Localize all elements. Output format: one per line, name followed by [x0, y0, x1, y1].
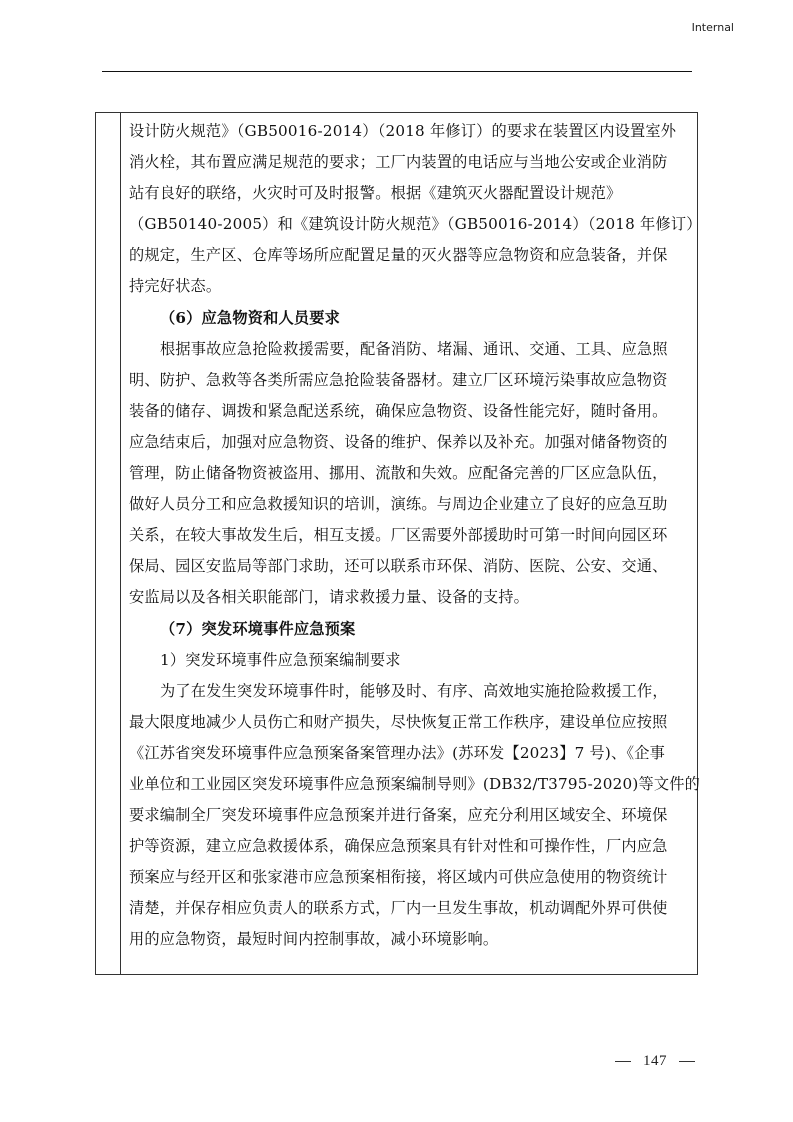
text-line: 装备的储存、调拨和紧急配送系统，确保应急物资、设备性能完好，随时备用。: [129, 396, 689, 427]
text-line: 持完好状态。: [129, 271, 689, 302]
text-line: 清楚，并保存相应负责人的联系方式，厂内一旦发生事故，机动调配外界可供使: [129, 893, 689, 924]
text-line: 明、防护、急救等各类所需应急抢险装备器材。建立厂区环境污染事故应急物资: [129, 365, 689, 396]
footer-dash-right: [679, 1061, 695, 1062]
section-heading-7: （7）突发环境事件应急预案: [129, 614, 689, 645]
content-table: 设计防火规范》（GB50016-2014）（2018 年修订）的要求在装置区内设…: [95, 112, 698, 975]
text-line: 做好人员分工和应急救援知识的培训，演练。与周边企业建立了良好的应急互助: [129, 489, 689, 520]
table-left-column: [96, 113, 121, 974]
text-line: 管理，防止储备物资被盗用、挪用、流散和失效。应配备完善的厂区应急队伍，: [129, 458, 689, 489]
text-line: 业单位和工业园区突发环境事件应急预案编制导则》(DB32/T3795-2020)…: [129, 769, 689, 800]
text-line: 最大限度地减少人员伤亡和财产损失，尽快恢复正常工作秩序，建设单位应按照: [129, 707, 689, 738]
text-line: 《江苏省突发环境事件应急预案备案管理办法》(苏环发【2023】7 号)、《企事: [129, 738, 689, 769]
table-content-cell: 设计防火规范》（GB50016-2014）（2018 年修订）的要求在装置区内设…: [129, 116, 689, 956]
text-line: 护等资源，建立应急救援体系，确保应急预案具有针对性和可操作性，厂内应急: [129, 831, 689, 862]
text-line: 应急结束后，加强对应急物资、设备的维护、保养以及补充。加强对储备物资的: [129, 427, 689, 458]
classification-label: Internal: [692, 21, 734, 34]
subsection-heading-1: 1）突发环境事件应急预案编制要求: [129, 645, 689, 676]
footer-dash-left: [615, 1061, 631, 1062]
text-line: 关系，在较大事故发生后，相互支援。厂区需要外部援助时可第一时间向园区环: [129, 520, 689, 551]
text-line: 用的应急物资，最短时间内控制事故，减小环境影响。: [129, 924, 689, 955]
section-heading-6: （6）应急物资和人员要求: [129, 303, 689, 334]
header-rule: [102, 71, 692, 72]
text-line: 保局、园区安监局等部门求助，还可以联系市环保、消防、医院、公安、交通、: [129, 551, 689, 582]
page-footer: 147: [603, 1053, 707, 1070]
text-line: 要求编制全厂突发环境事件应急预案并进行备案，应充分利用区域安全、环境保: [129, 800, 689, 831]
text-line: 设计防火规范》（GB50016-2014）（2018 年修订）的要求在装置区内设…: [129, 116, 689, 147]
text-line: 的规定，生产区、仓库等场所应配置足量的灭火器等应急物资和应急装备，并保: [129, 240, 689, 271]
text-line: 消火栓，其布置应满足规范的要求；工厂内装置的电话应与当地公安或企业消防: [129, 147, 689, 178]
text-line: （GB50140-2005）和《建筑设计防火规范》（GB50016-2014）（…: [129, 209, 689, 240]
text-line: 为了在发生突发环境事件时，能够及时、有序、高效地实施抢险救援工作，: [129, 676, 689, 707]
page-number: 147: [643, 1053, 667, 1070]
text-line: 预案应与经开区和张家港市应急预案相衔接，将区域内可供应急使用的物资统计: [129, 862, 689, 893]
text-line: 根据事故应急抢险救援需要，配备消防、堵漏、通讯、交通、工具、应急照: [129, 334, 689, 365]
text-line: 安监局以及各相关职能部门，请求救援力量、设备的支持。: [129, 582, 689, 613]
text-line: 站有良好的联络，火灾时可及时报警。根据《建筑灭火器配置设计规范》: [129, 178, 689, 209]
